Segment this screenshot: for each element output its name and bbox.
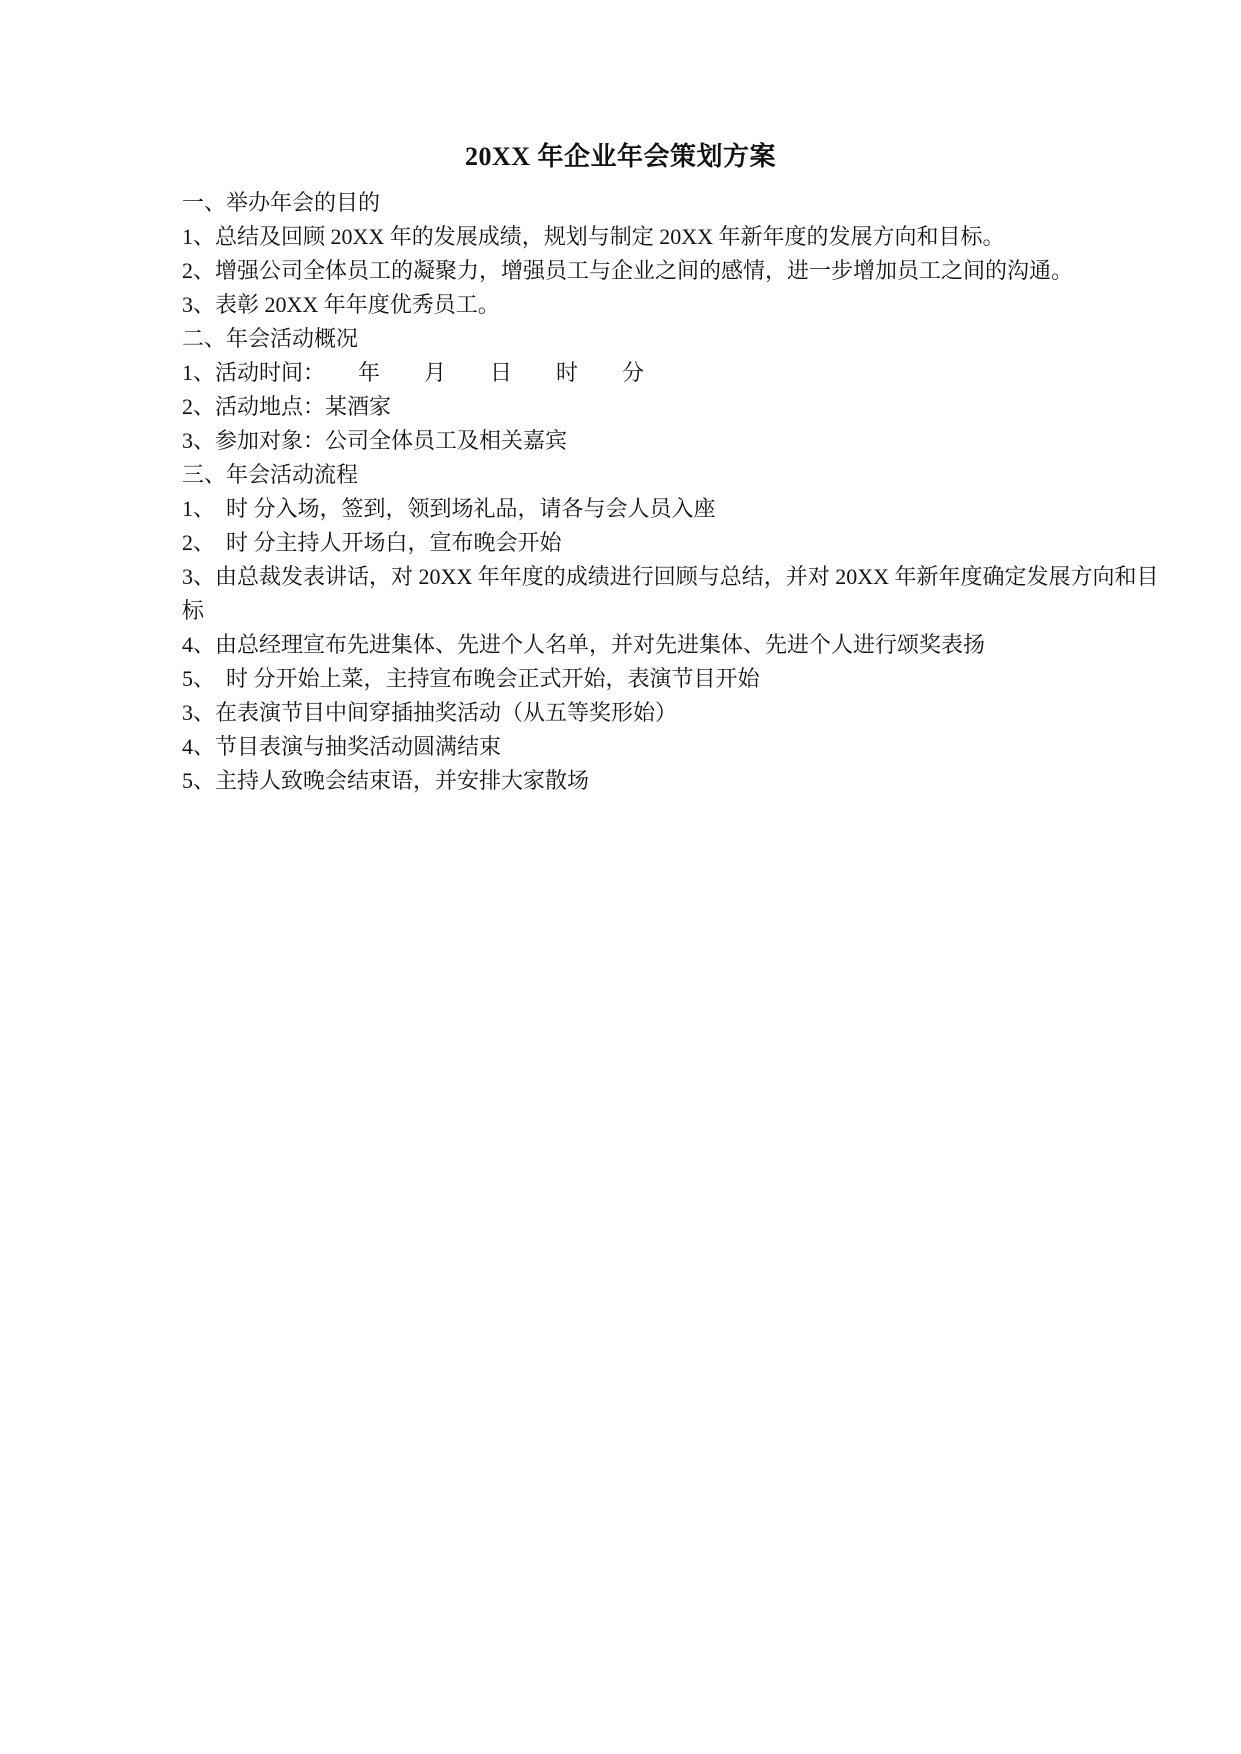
document-line: 2、 时 分主持人开场白，宣布晚会开始 xyxy=(182,526,1161,560)
document-line: 4、节目表演与抽奖活动圆满结束 xyxy=(182,730,1161,764)
section-heading: 二、年会活动概况 xyxy=(182,322,1161,356)
document-line: 5、 时 分开始上菜，主持宣布晚会正式开始，表演节目开始 xyxy=(182,662,1161,696)
document-line: 2、活动地点：某酒家 xyxy=(182,390,1161,424)
document-line: 1、 时 分入场，签到，领到场礼品，请各与会人员入座 xyxy=(182,492,1161,526)
document-line: 3、表彰 20XX 年年度优秀员工。 xyxy=(182,288,1161,322)
document-line: 3、在表演节目中间穿插抽奖活动（从五等奖形始） xyxy=(182,696,1161,730)
document-line: 1、活动时间： 年 月 日 时 分 xyxy=(182,356,1161,390)
section-heading: 一、举办年会的目的 xyxy=(182,186,1161,220)
document-line: 5、主持人致晚会结束语，并安排大家散场 xyxy=(182,764,1161,798)
document-line: 3、参加对象：公司全体员工及相关嘉宾 xyxy=(182,424,1161,458)
document-page: 20XX 年企业年会策划方案 一、举办年会的目的1、总结及回顾 20XX 年的发… xyxy=(0,0,1241,1754)
document-line: 4、由总经理宣布先进集体、先进个人名单，并对先进集体、先进个人进行颂奖表扬 xyxy=(182,628,1161,662)
document-line: 1、总结及回顾 20XX 年的发展成绩，规划与制定 20XX 年新年度的发展方向… xyxy=(182,220,1161,254)
section-heading: 三、年会活动流程 xyxy=(182,458,1161,492)
document-body: 一、举办年会的目的1、总结及回顾 20XX 年的发展成绩，规划与制定 20XX … xyxy=(0,172,1241,798)
document-line: 3、由总裁发表讲话，对 20XX 年年度的成绩进行回顾与总结，并对 20XX 年… xyxy=(182,560,1161,628)
document-title: 20XX 年企业年会策划方案 xyxy=(0,0,1241,172)
document-line: 2、增强公司全体员工的凝聚力，增强员工与企业之间的感情，进一步增加员工之间的沟通… xyxy=(182,254,1161,288)
